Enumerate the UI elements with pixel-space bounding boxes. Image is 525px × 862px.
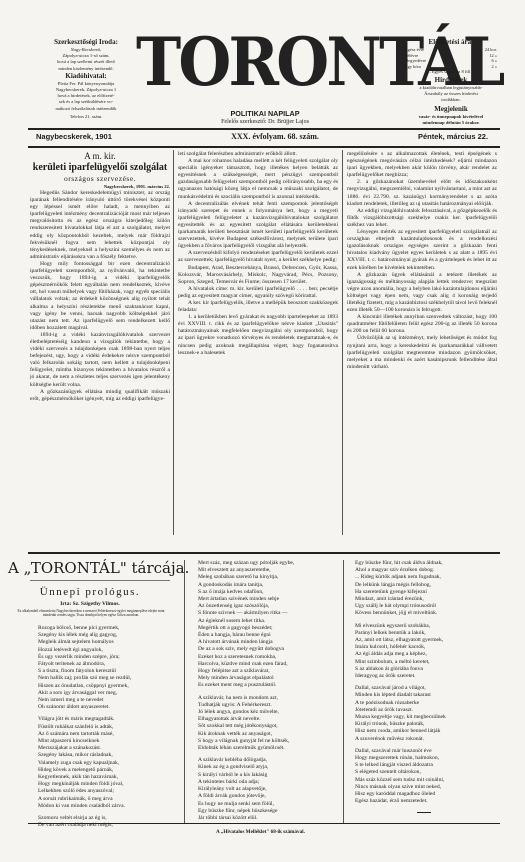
poem-line: És ugy vezérlik minden szépre, jóra; bbox=[38, 654, 131, 661]
poem-line: Megértik ott a gagyogó beszédet; bbox=[198, 625, 294, 632]
poem-line: Hisz nem csoda, amikor benned látják bbox=[355, 728, 446, 735]
poem-line: S az ő imája kedves odafönn, bbox=[198, 589, 294, 596]
poem-line: Királyi trónok, büszke paloták, bbox=[355, 721, 446, 728]
subscription-box: Előfizetési ára: Egész évre24 kor. Félév… bbox=[405, 38, 497, 127]
poem-line: Az égieknél sosem lehet titka. bbox=[198, 618, 294, 625]
article-headline: kerületi iparfelügyelői szolgálat bbox=[30, 162, 170, 174]
article-column-3: megelőzésére s az alkalmazottak életének… bbox=[347, 151, 497, 371]
price-value: 2 » bbox=[492, 64, 498, 70]
appears-heading: Megjelenik bbox=[405, 105, 497, 114]
poem-stanza: Mert száz, meg százan ugy pótolják egybe… bbox=[198, 560, 294, 690]
article-deck: országos szervezése. bbox=[30, 174, 170, 183]
article-paragraph: A ker. kir iparfelügyelők, illetve a mel… bbox=[178, 300, 338, 314]
poem-line: Minden kis lépted diadalt takarast bbox=[355, 692, 446, 699]
poem-line: Egész hazádat, érző nemzetedet. bbox=[355, 798, 446, 805]
poem-line: Rozoga bölcső, benne pici gyermek, bbox=[38, 625, 131, 632]
poem-line: Hisz egy karóddal magadhoz öleled bbox=[355, 791, 446, 798]
poem-line: Módon ki van minden családból zárva. bbox=[38, 803, 131, 810]
poem-line: Harcolva, küzdve mind csak ezen fárad, bbox=[198, 661, 294, 668]
poem-line: Éden a hangja, bárau benne égni bbox=[198, 632, 294, 639]
poem-column-2: Mert száz, meg százan ugy pótolják egybe… bbox=[198, 560, 294, 827]
poem-line: Es ezeket ment meg a pusztulástól. bbox=[198, 682, 294, 689]
article-paragraph: Hegedüs Sándor kereskedelemügyi miniszte… bbox=[30, 190, 170, 261]
column-divider bbox=[173, 150, 174, 535]
poem-line: ... Rideg kürtök adjank nem fogadnak, bbox=[355, 574, 446, 581]
poem-line: Mint alpaszerú kincseiknek bbox=[38, 738, 131, 745]
end-dash bbox=[417, 812, 431, 813]
poem-line: Eldobták léhán szerelmük gyümölcsét. bbox=[198, 745, 294, 752]
poem-line: Tudhatják ugyis: A Fehérkereszt. bbox=[198, 702, 294, 709]
article-paragraph: A szervezésből kifolyó rendezéseket ipar… bbox=[178, 250, 338, 264]
poem-line: Nincs másnak olyan szíve mint neked, bbox=[355, 784, 446, 791]
poem-line: Muzsa kegyeltje vagy, kit megbecsülnek bbox=[355, 714, 446, 721]
column-divider bbox=[343, 560, 344, 823]
poem-line: De lelkünk lángja mégis fellobog, bbox=[355, 582, 446, 589]
poem-stanza: Egy büszke fűnr, hit csak áldva áldnak, … bbox=[355, 560, 446, 618]
poem-line: S királyi várból le a kis lakásig bbox=[198, 772, 294, 779]
poem-line: Hideg kövek a melengető párnák, bbox=[38, 767, 131, 774]
ads-line-3: irodákban. bbox=[405, 97, 497, 103]
article-paragraph: A gőzkazán ügyek ellátásánál a tetézett … bbox=[347, 272, 497, 315]
issue-number: XXX. évfolyam. 68. szám. bbox=[170, 132, 380, 141]
poem-line: A gondoskodás imára tanítja, bbox=[198, 582, 294, 589]
article-paragraph: Budapest, Arad, Besztercebánya, Brassó, … bbox=[178, 265, 338, 286]
poem-line: Jó lélek angya, gondos kéz művelte, bbox=[198, 709, 294, 716]
article-paragraph: 2. a gőzkazánokat üzembevétel előtt és i… bbox=[347, 179, 497, 207]
poem-stanza: Mi elveszünk egyszerű szobákba, Parányi … bbox=[355, 623, 446, 681]
poem-line: A hivatott árvának minden lángja bbox=[198, 639, 294, 646]
poem-line: Mindazt, amit irántad érezünk, bbox=[355, 596, 446, 603]
publisher-line-5: natkozó felszólalások intézendők bbox=[30, 106, 142, 112]
article-column-1: A m. kir. kerületi iparfelügyelői szolgá… bbox=[30, 151, 170, 403]
article-dateline: Nagybecskerek, 1901. március 22. bbox=[30, 183, 170, 190]
newspaper-title: TORONTÁL bbox=[136, 28, 389, 96]
appears-line-2: mindennap délután 5 órakor. bbox=[405, 120, 497, 126]
poem-line: Jótetemdi az örök tavaszt. bbox=[355, 707, 446, 714]
poem-line: Ideragyog az örök szeretet. bbox=[355, 673, 446, 680]
article-paragraph: 1894-ig a vidéki kazánvizsgálóhivatalok … bbox=[30, 332, 170, 389]
article-paragraph: Hogy mily fontossággal bir ezen decentra… bbox=[30, 261, 170, 332]
tarca-title: A „TORONTÁL" tárcája. bbox=[8, 559, 173, 577]
poem-line: Hozzá letévedt égi angyalok, bbox=[38, 647, 131, 654]
subscription-heading: Előfizetési ára: bbox=[405, 38, 497, 47]
poem-line: A tekintetes bárki oda adja; bbox=[198, 779, 294, 786]
poem-line: Mert száz, meg százan ugy pótolják egybe… bbox=[198, 560, 294, 567]
editorial-office-heading: Szerkesztőségi Iroda: bbox=[30, 38, 142, 47]
poem-line: Jár többi társai között elül. bbox=[198, 815, 294, 822]
poem-line: Dallal, szavával már huszonöt éve bbox=[355, 748, 446, 755]
supplement-note: A „Hivatalos Melléklet" 68-ik számával. bbox=[216, 829, 305, 835]
poem-stanza: Dallal, szavával már huszonöt éve Hogy m… bbox=[355, 748, 446, 806]
poem-stanza: A sziklavár, ha nem is mondom azt, Tudha… bbox=[198, 695, 294, 753]
poem-line: Imára kulcsolt, hófehér kacsók, bbox=[355, 644, 446, 651]
poem-line: Valamely zuga csak egy kapualjnak, bbox=[38, 760, 131, 767]
poem-column-3: Egy büszke fűnr, hit csak áldva áldnak, … bbox=[355, 560, 446, 811]
poem-line: A sziklavár kebléba dőlögadja, bbox=[198, 757, 294, 764]
article-paragraph: A hivatalok címe: m. kir. kerületi iparf… bbox=[178, 286, 338, 300]
poem-author: Irta: Sz. Szigethy Vilmos. bbox=[10, 601, 170, 607]
article-paragraph: Üdvözöljük az uj intézményt, mely lehető… bbox=[347, 335, 497, 370]
article-paragraph: 1. a kerületükben levő gyárakat és nagyo… bbox=[178, 314, 338, 357]
poem-line: Elhagyatottak árvát nevelte. bbox=[198, 716, 294, 723]
poem-line: Világra jött és máris megtagadták. bbox=[38, 716, 131, 723]
phone-number: Telefon 21. szám. bbox=[30, 114, 142, 120]
article-paragraph: A kincstári illetékek annyiban szenvedte… bbox=[347, 314, 497, 335]
bottom-rule bbox=[28, 823, 500, 824]
poem-line: S az ablakon át glóriába fonva bbox=[355, 666, 446, 673]
poem-line: Szegény kis lélek még alig gagyog, bbox=[38, 632, 131, 639]
poem-line: Az égi áldás adja meg a képhez, bbox=[355, 651, 446, 658]
poem-line: S elégeted szentelt oltárokon, bbox=[355, 769, 446, 776]
poem-line: Merzszájakat a szánakozást. bbox=[38, 745, 131, 752]
poem-line: Mit elvesztett az anyaszeretetbe, bbox=[198, 567, 294, 574]
poem-line: A sziklavár, ha nem is mondom azt, bbox=[198, 695, 294, 702]
poem-line: Kinek az ég a gondviselő atyja, bbox=[198, 764, 294, 771]
poem-line: Es hogy ne mulja senki sem fölül, bbox=[198, 801, 294, 808]
dateline-place: Nagybecskerek, 1901 bbox=[36, 132, 112, 141]
poem-line: Parányi lelkek benntük a lakók, bbox=[355, 630, 446, 637]
tarca-rule bbox=[28, 552, 500, 554]
poem-line: Meleg szobában szerető ha kinyitja, bbox=[198, 574, 294, 581]
poem-line: Hiszen az önudatlan, csöppnyi gyermek, bbox=[38, 683, 131, 690]
editor-line: Felelős szerkesztő: Dr. Brüjjer Lajos bbox=[160, 119, 370, 125]
article-paragraph: megelőzésére s az alkalmazottak életének… bbox=[347, 151, 497, 179]
poem-line: Nem ismeri meg a te nevedet bbox=[38, 697, 131, 704]
poem-line: S te lelked lángját viszed áldozatra bbox=[355, 762, 446, 769]
column-divider bbox=[342, 150, 343, 535]
poem-line: Akit a sors igy árvasággal ver meg, bbox=[38, 690, 131, 697]
poem-line: Az ő számára nem tartották másé, bbox=[38, 731, 131, 738]
poem-line: Ha szeretetünk gyenge kifejezni bbox=[355, 589, 446, 596]
poem-line: S fönnte szivnek — akármilyen ritka — bbox=[198, 610, 294, 617]
poem-line: Más száz közzel sem tudsz mit csinálni, bbox=[355, 777, 446, 784]
header-bottom-rule bbox=[28, 146, 500, 148]
poem-line: A sorsát rubrikaimák, ő meg árva bbox=[38, 796, 131, 803]
poem-line: Szomoru veltét elsirja az ég is, bbox=[38, 815, 131, 822]
tarca-title-underline bbox=[30, 580, 170, 581]
poem-line: Dallal, szavával járod a világot, bbox=[355, 685, 446, 692]
editorial-office-box: Szerkesztőségi Iroda: Nagy-Becskerek, Zá… bbox=[30, 38, 142, 120]
article-paragraph: A decentralizálás elvének tehát fenti sz… bbox=[178, 201, 338, 251]
poem-line: Hogy megkinálják minden földi jóval, bbox=[38, 781, 131, 788]
article-kicker: A m. kir. bbox=[30, 151, 170, 162]
poem-stanza: A sziklavár kebléba dőlögadja, Kinek az … bbox=[198, 757, 294, 822]
poem-stanza: Világra jött és máris megtagadták. Füstö… bbox=[38, 716, 131, 810]
newspaper-subtitle: POLITIKAI NAPILAP bbox=[160, 109, 370, 118]
poem-line: Mint szimbolum, a méltó keretet, bbox=[355, 659, 446, 666]
article-paragraph: Az eddigi vizsgálóhivatalok felosztásáva… bbox=[347, 208, 497, 229]
poem-title: Ünnepi prológus. bbox=[10, 586, 170, 598]
article-column-2: leti szolgálat felerészben administrativ… bbox=[178, 151, 338, 357]
poem-line: Hogy megszerettek rónán, halmokon, bbox=[355, 755, 446, 762]
poem-line: De az a sok sziv, mely együtt dobogva bbox=[198, 646, 294, 653]
poem-note: Ez alkalomból elmondotta Nagybecskereken… bbox=[12, 609, 170, 618]
dateline-date: Péntek, március 22. bbox=[418, 132, 488, 141]
newspaper-page: Szerkesztőségi Iroda: Nagy-Becskerek, Zá… bbox=[0, 0, 525, 862]
poem-line: Kik átoknak vették az anyaságot, bbox=[198, 731, 294, 738]
publisher-heading: Kiadóhivatal: bbox=[30, 72, 142, 81]
poem-stanza: Dallal, szavával járod a világot, Minden… bbox=[355, 685, 446, 743]
poem-line: A te poézisodnak rózsaberke bbox=[355, 700, 446, 707]
top-rule bbox=[28, 128, 500, 130]
poem-line: Egy büszke fűnr, népek büszkesége bbox=[198, 808, 294, 815]
column-divider bbox=[184, 560, 185, 823]
poem-line: A földi árvák gondos jótevője, bbox=[198, 793, 294, 800]
poem-line: Megleik álmát sejtelem homályos bbox=[38, 639, 131, 646]
poem-line: Mely minden árvaságot elpalástol bbox=[198, 675, 294, 682]
price-label: Egy hóra bbox=[405, 64, 421, 70]
article-paragraph: Lényeges mérték az egyesített iparfelügy… bbox=[347, 229, 497, 272]
poem-line: Egy büszke fűnr, hit csak áldva áldnak, bbox=[355, 560, 446, 567]
poem-line: Ugy szállj le hát olympi trónusodról bbox=[355, 603, 446, 610]
poem-line: Füstölt ruháikat szánfeló is adták, bbox=[38, 724, 131, 731]
poem-stanza: Rozoga bölcső, benne pici gyermek, Szegé… bbox=[38, 625, 131, 711]
article-paragraph: A gőzkazánügyek ellátása mindig qualifik… bbox=[30, 389, 170, 403]
poem-line: Kövess bennünket, jöjj el miveltünk. bbox=[355, 610, 446, 617]
poem-line: Nem hallik zaj; profán szó meg se rezdül… bbox=[38, 675, 131, 682]
poem-line: A szuverénok művész rokonát. bbox=[355, 736, 446, 743]
poem-line: Mi elveszünk egyszerű szobákba, bbox=[355, 623, 446, 630]
poem-line: Hogy felépitse azt a sziklavárat, bbox=[198, 668, 294, 675]
poem-line: Lelkekben szóló édes anyaszóval; bbox=[38, 788, 131, 795]
article-paragraph: A mai kor rohamos haladása mellett a két… bbox=[178, 158, 338, 201]
poem-column-1: Rozoga bölcső, benne pici gyermek, Szegé… bbox=[38, 625, 131, 834]
poem-line: Ezeket hoz a szeretesnek romokba, bbox=[198, 654, 294, 661]
poem-line: Sőt szokkal tett még jótékonyságot, bbox=[198, 723, 294, 730]
poem-line: Mert ártatlan szivének minden sebje bbox=[198, 596, 294, 603]
poem-line: Szegény lakása, mikor rásladnak, bbox=[38, 752, 131, 759]
ads-heading: Hirdetések bbox=[405, 76, 497, 85]
poem-line: S hogy a világnak gunyját fel ne költsék… bbox=[198, 738, 294, 745]
poem-line: Oh szánomr áldott anyaszeretet. bbox=[38, 704, 131, 711]
